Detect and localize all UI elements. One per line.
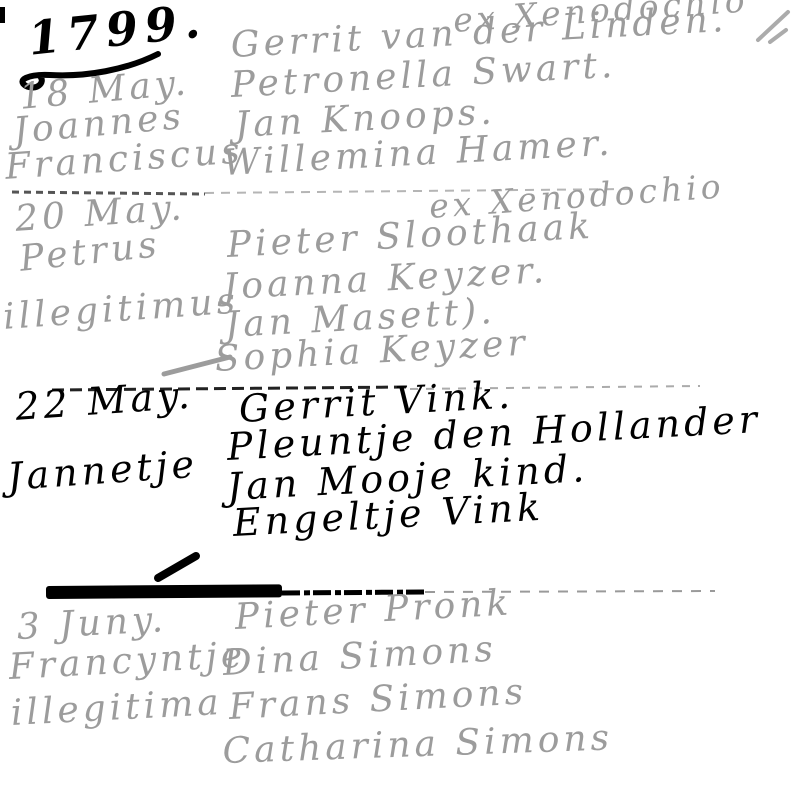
name-line: Catharina Simons xyxy=(222,720,614,770)
date-line: 22 May. xyxy=(14,376,195,426)
scan-edge-mark xyxy=(0,7,5,23)
child-name-line: Jannetje xyxy=(6,445,199,496)
child-name-line: Francyntje xyxy=(8,638,247,686)
name-line: Pieter Pronk xyxy=(234,585,513,635)
dark-slash-stroke xyxy=(158,556,196,578)
year-heading: 1799. xyxy=(26,0,209,62)
status-line: illegitima xyxy=(10,685,224,732)
stray-pen-mark xyxy=(758,12,788,42)
name-line: Frans Simons xyxy=(228,674,528,726)
register-page: 1799.ex XenodochioGerrit van der Linden.… xyxy=(0,0,800,800)
status-line: illegitimus xyxy=(2,284,240,336)
